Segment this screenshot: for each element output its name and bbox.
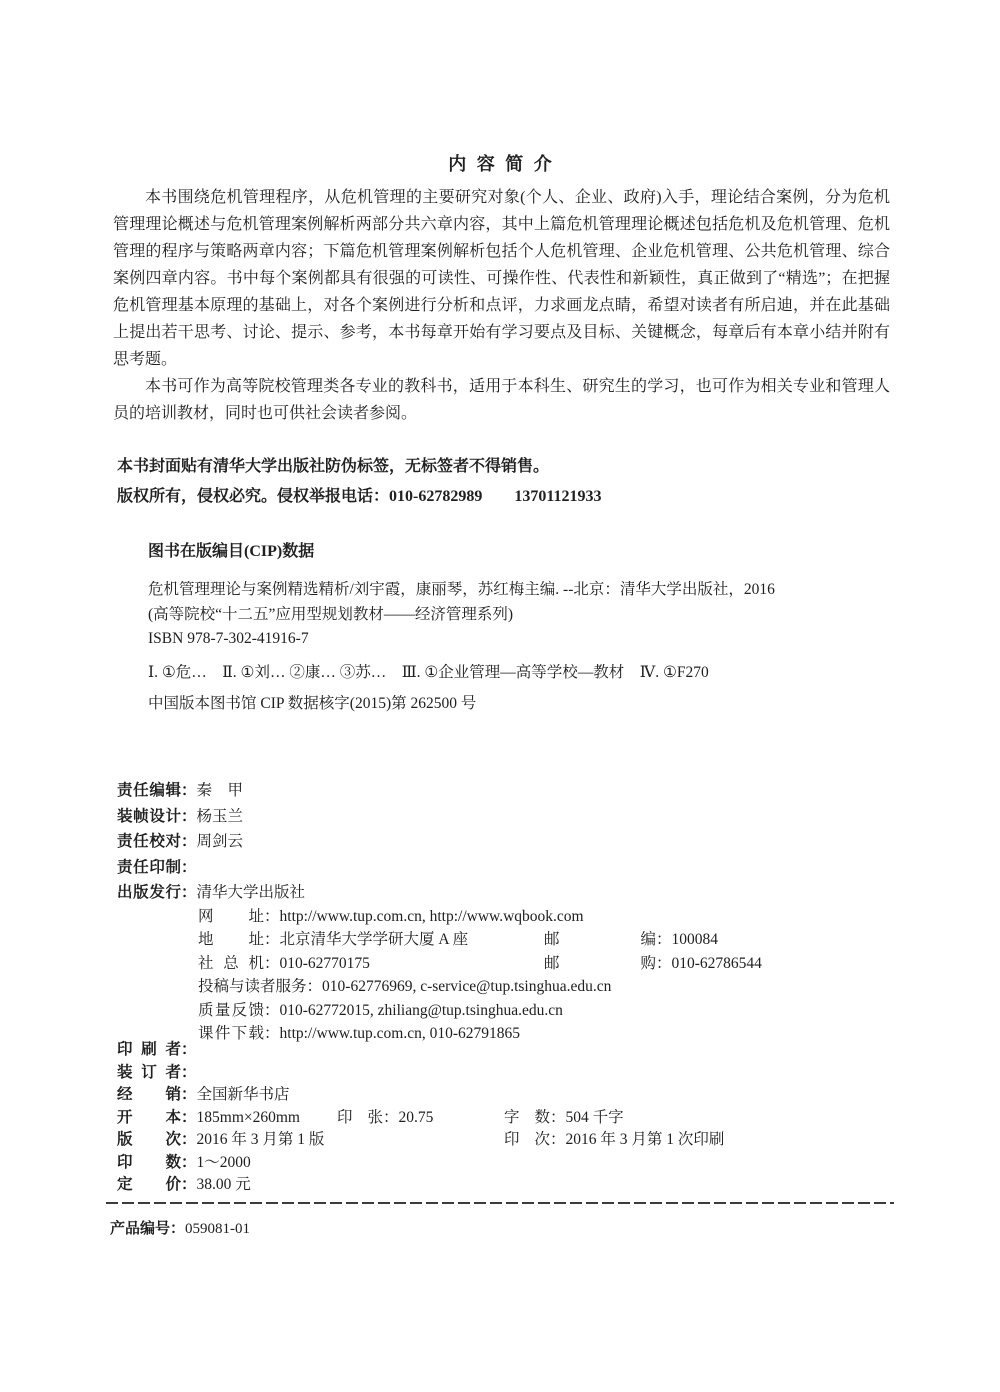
colon: ：	[181, 859, 197, 876]
binder-label: 装订者	[117, 1062, 181, 1085]
staff-label: 责任校对	[117, 829, 181, 855]
anti-piracy-line: 本书封面贴有清华大学出版社防伪标签，无标签者不得销售。	[117, 452, 897, 482]
impression-label: 印次	[504, 1129, 550, 1152]
colon: ：	[181, 782, 197, 799]
switchboard-label: 社总机	[198, 952, 264, 976]
cip-record-number: 中国版本图书馆 CIP 数据核字(2015)第 262500 号	[148, 692, 890, 717]
postcode-value: 100084	[672, 931, 719, 948]
staff-label: 责任印制	[117, 855, 181, 881]
page-title: 内 容 简 介	[0, 150, 1000, 176]
product-number-row: 产品编号：059081-01	[110, 1217, 250, 1241]
publisher-name: 清华大学出版社	[197, 884, 306, 901]
mail-order-label: 邮购	[544, 952, 656, 976]
publisher-row: 社总机：010-62770175邮购：010-62786544	[198, 952, 892, 976]
publisher-row: 投稿与读者服务：010-62776969, c-service@tup.tsin…	[198, 975, 892, 999]
print-run-label: 印数	[117, 1152, 181, 1175]
staff-value: 秦 甲	[197, 782, 244, 799]
impression-value: 2016 年 3 月第 1 次印刷	[566, 1131, 725, 1148]
colon: ：	[181, 1154, 197, 1171]
copyright-report-line: 版权所有，侵权必究。侵权举报电话：010-62782989 1370112193…	[117, 482, 897, 512]
cip-block: 危机管理理论与案例精选精析/刘宇霞，康丽琴，苏红梅主编. --北京：清华大学出版…	[148, 578, 890, 717]
price-value: 38.00 元	[197, 1176, 251, 1193]
sheets-label: 印张	[337, 1107, 383, 1130]
edition-label: 版次	[117, 1129, 181, 1152]
mail-order-value: 010-62786544	[672, 955, 762, 972]
address-label: 地址	[198, 928, 264, 952]
reader-service-value: 010-62776969, c-service@tup.tsinghua.edu…	[322, 978, 611, 995]
colon: ：	[181, 1131, 197, 1148]
colon: ：	[264, 1002, 280, 1019]
quality-feedback-value: 010-62772015, zhiliang@tup.tsinghua.edu.…	[280, 1002, 563, 1019]
publisher-row: 地址：北京清华大学学研大厦 A 座邮编：100084	[198, 928, 892, 952]
postcode-label: 邮编	[544, 928, 656, 952]
print-row: 定价：38.00 元	[117, 1174, 892, 1197]
printer-label: 印刷者	[117, 1039, 181, 1062]
publisher-block: 出版发行：清华大学出版社 网址：http://www.tup.com.cn, h…	[117, 881, 892, 1046]
cip-classification: Ⅰ. ①危… Ⅱ. ①刘… ②康… ③苏… Ⅲ. ①企业管理—高等学校—教材 Ⅳ…	[148, 661, 890, 686]
address-value: 北京清华大学学研大厦 A 座	[280, 931, 469, 948]
colon: ：	[307, 978, 323, 995]
colon: ：	[181, 1109, 197, 1126]
colon: ：	[181, 1064, 197, 1081]
content-summary: 本书围绕危机管理程序，从危机管理的主要研究对象(个人、企业、政府)入手，理论结合…	[113, 184, 890, 427]
cip-heading: 图书在版编目(CIP)数据	[148, 538, 314, 561]
staff-label: 责任编辑	[117, 778, 181, 804]
print-row: 开本：185mm×260mm印张：20.75字数：504 千字	[117, 1107, 892, 1130]
colon: ：	[264, 931, 280, 948]
word-count-value: 504 千字	[566, 1109, 624, 1126]
colon: ：	[181, 884, 197, 901]
sheets-pair: 印张：20.75	[337, 1107, 433, 1130]
print-row: 装订者：	[117, 1062, 892, 1085]
switchboard-value: 010-62770175	[280, 955, 370, 972]
cip-series: (高等院校“十二五”应用型规划教材——经济管理系列)	[148, 603, 890, 628]
distributor-value: 全国新华书店	[197, 1086, 290, 1103]
print-run-value: 1～2000	[197, 1154, 251, 1171]
print-row: 印数：1～2000	[117, 1152, 892, 1175]
copyright-page: 内 容 简 介 本书围绕危机管理程序，从危机管理的主要研究对象(个人、企业、政府…	[0, 0, 1000, 1392]
word-count-pair: 字数：504 千字	[504, 1107, 624, 1130]
word-count-label: 字数	[504, 1107, 550, 1130]
publisher-row: 出版发行：清华大学出版社	[117, 881, 892, 905]
quality-feedback-label: 质量反馈	[198, 999, 264, 1023]
printing-block: 印刷者： 装订者： 经销：全国新华书店 开本：185mm×260mm印张：20.…	[117, 1039, 892, 1197]
staff-value: 杨玉兰	[197, 808, 244, 825]
colon: ：	[181, 808, 197, 825]
staff-row: 责任编辑：秦 甲	[117, 778, 243, 804]
colon: ：	[181, 1041, 197, 1058]
colon: ：	[550, 1109, 566, 1126]
print-row: 印刷者：	[117, 1039, 892, 1062]
colon: ：	[264, 955, 280, 972]
sheets-value: 20.75	[399, 1109, 434, 1126]
colon: ：	[181, 1176, 197, 1193]
edition-value: 2016 年 3 月第 1 版	[197, 1131, 325, 1148]
colon: ：	[656, 931, 672, 948]
format-label: 开本	[117, 1107, 181, 1130]
colon: ：	[383, 1109, 399, 1126]
website-label: 网址	[198, 905, 264, 929]
impression-pair: 印次：2016 年 3 月第 1 次印刷	[504, 1129, 724, 1152]
format-value: 185mm×260mm	[197, 1109, 300, 1126]
intro-paragraph: 本书围绕危机管理程序，从危机管理的主要研究对象(个人、企业、政府)入手，理论结合…	[113, 184, 890, 373]
publisher-row: 质量反馈：010-62772015, zhiliang@tup.tsinghua…	[198, 999, 892, 1023]
anti-piracy-notice: 本书封面贴有清华大学出版社防伪标签，无标签者不得销售。 版权所有，侵权必究。侵权…	[117, 452, 897, 512]
staff-row: 装帧设计：杨玉兰	[117, 804, 243, 830]
publisher-details: 网址：http://www.tup.com.cn, http://www.wqb…	[198, 905, 892, 1046]
cip-description: 危机管理理论与案例精选精析/刘宇霞，康丽琴，苏红梅主编. --北京：清华大学出版…	[148, 578, 890, 603]
publisher-label: 出版发行	[117, 881, 181, 905]
print-row: 经销：全国新华书店	[117, 1084, 892, 1107]
print-row: 版次：2016 年 3 月第 1 版印次：2016 年 3 月第 1 次印刷	[117, 1129, 892, 1152]
staff-label: 装帧设计	[117, 804, 181, 830]
isbn: ISBN 978-7-302-41916-7	[148, 627, 890, 652]
staff-value: 周剑云	[197, 833, 244, 850]
dashed-divider	[106, 1202, 894, 1204]
colon: ：	[181, 833, 197, 850]
colon: ：	[181, 1086, 197, 1103]
price-label: 定价	[117, 1174, 181, 1197]
product-number-value: 059081-01	[185, 1221, 250, 1237]
staff-row: 责任校对：周剑云	[117, 829, 243, 855]
staff-row: 责任印制：	[117, 855, 243, 881]
staff-credits: 责任编辑：秦 甲 装帧设计：杨玉兰 责任校对：周剑云 责任印制：	[117, 778, 243, 880]
website-value: http://www.tup.com.cn, http://www.wqbook…	[280, 908, 584, 925]
colon: ：	[550, 1131, 566, 1148]
colon: ：	[170, 1221, 185, 1237]
distributor-label: 经销	[117, 1084, 181, 1107]
postcode-pair: 邮编：100084	[544, 928, 718, 952]
intro-paragraph: 本书可作为高等院校管理类各专业的教科书，适用于本科生、研究生的学习，也可作为相关…	[113, 373, 890, 427]
colon: ：	[656, 955, 672, 972]
product-number-label: 产品编号	[110, 1217, 170, 1241]
mail-order-pair: 邮购：010-62786544	[544, 952, 762, 976]
reader-service-label: 投稿与读者服务	[198, 975, 307, 999]
publisher-row: 网址：http://www.tup.com.cn, http://www.wqb…	[198, 905, 892, 929]
colon: ：	[264, 908, 280, 925]
